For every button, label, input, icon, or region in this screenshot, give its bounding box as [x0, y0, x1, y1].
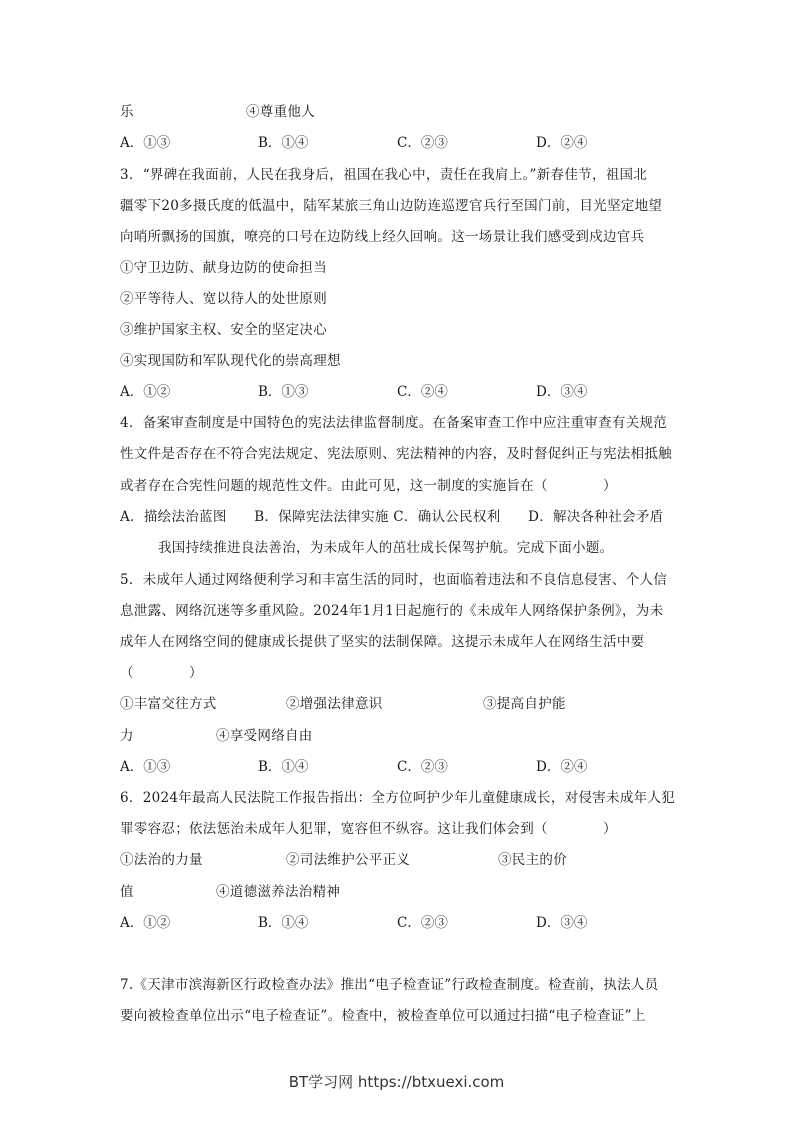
text-line: 5．未成年人通过网络便利学习和丰富生活的同时，也面临着违法和不良信息侵害、个人信 — [120, 571, 667, 589]
text-line: （ ） — [120, 664, 203, 682]
text-line: 疆零下20多摄氏度的低温中，陆军某旅三角山边防连巡逻官兵行至国门前，目光坚定地望 — [120, 197, 662, 215]
text-line: 罪零容忍；依法惩治未成年人犯罪，宽容但不纵容。这让我们体会到（ ） — [120, 820, 617, 838]
answer-option: C．②③ — [397, 914, 448, 932]
text-line: 息泄露、网络沉迷等多重风险。2024年1月1日起施行的《未成年人网络保护条例》，… — [120, 602, 663, 620]
text-line: 力 — [120, 727, 134, 745]
text-line: 成年人在网络空间的健康成长提供了坚实的法制保障。这提示未成年人在网络生活中要 — [120, 633, 644, 651]
text-line: 乐 — [120, 103, 134, 121]
text-line: 我国持续推进良法善治，为未成年人的茁壮成长保驾护航。完成下面小题。 — [158, 539, 613, 557]
text-line: 值 — [120, 883, 134, 901]
text-line: ④尊重他人 — [246, 103, 315, 121]
text-line: ①丰富交往方式 — [120, 695, 217, 713]
text-line: 3．“界碑在我面前，人民在我身后，祖国在我心中，责任在我肩上。”新春佳节，祖国北 — [120, 166, 647, 184]
text-line: ②增强法律意识 — [286, 695, 383, 713]
answer-option: D．③④ — [536, 914, 587, 932]
text-line: ④实现国防和军队现代化的崇高理想 — [120, 352, 341, 370]
text-line: 7.《天津市滨海新区行政检查办法》推出“电子检查证”行政检查制度。检查前，执法人… — [120, 976, 658, 994]
answer-option: C．②③ — [397, 758, 448, 776]
text-line: ②司法维护公平正义 — [286, 851, 410, 869]
text-line: 性文件是否存在不符合宪法规定、宪法原则、宪法精神的内容，及时督促纠正与宪法相抵触 — [120, 445, 672, 463]
text-line: ④享受网络自由 — [216, 727, 313, 745]
text-line: ④道德滋养法治精神 — [216, 883, 340, 901]
answer-option: B．①④ — [258, 914, 308, 932]
document-page: 乐④尊重他人A．①③B．①④C．②③D．②④3．“界碑在我面前，人民在我身后，祖… — [0, 0, 793, 1122]
text-line: 或者存在合宪性问题的规范性文件。由此可见，这一制度的实施旨在（ ） — [120, 477, 617, 495]
text-line: ③维护国家主权、安全的坚定决心 — [120, 321, 327, 339]
answer-option: D．③④ — [536, 383, 587, 401]
answer-option: A．①② — [120, 383, 170, 401]
text-line: ②平等待人、宽以待人的处世原则 — [120, 290, 327, 308]
answer-option: A．①② — [120, 914, 170, 932]
text-line: A．描绘法治蓝图 B．保障宪法法律实施 C．确认公民权利 D．解决各种社会矛盾 — [120, 508, 663, 526]
text-line: 向哨所飘扬的国旗，嘹亮的口号在边防线上经久回响。这一场景让我们感受到戍边官兵 — [120, 228, 644, 246]
answer-option: B．①④ — [258, 758, 308, 776]
text-line: 6．2024年最高人民法院工作报告指出：全方位呵护少年儿童健康成长，对侵害未成年… — [120, 789, 675, 807]
answer-option: D．②④ — [536, 758, 587, 776]
answer-option: A．①③ — [120, 134, 170, 152]
answer-option: B．①④ — [258, 134, 308, 152]
text-line: 4．备案审查制度是中国特色的宪法法律监督制度。在备案审查工作中应注重审查有关规范 — [120, 414, 667, 432]
answer-option: A．①③ — [120, 758, 170, 776]
text-line: ①法治的力量 — [120, 851, 203, 869]
answer-option: C．②④ — [397, 383, 448, 401]
text-line: 要向被检查单位出示“电子检查证”。检查中，被检查单位可以通过扫描“电子检查证”上 — [120, 1007, 646, 1025]
footer-watermark: BT学习网 https://btxuexi.com — [0, 1071, 793, 1092]
answer-option: B．①③ — [258, 383, 308, 401]
text-line: ③民主的价 — [498, 851, 567, 869]
answer-option: C．②③ — [397, 134, 448, 152]
answer-option: D．②④ — [536, 134, 587, 152]
text-line: ①守卫边防、献身边防的使命担当 — [120, 259, 327, 277]
text-line: ③提高自护能 — [483, 695, 566, 713]
